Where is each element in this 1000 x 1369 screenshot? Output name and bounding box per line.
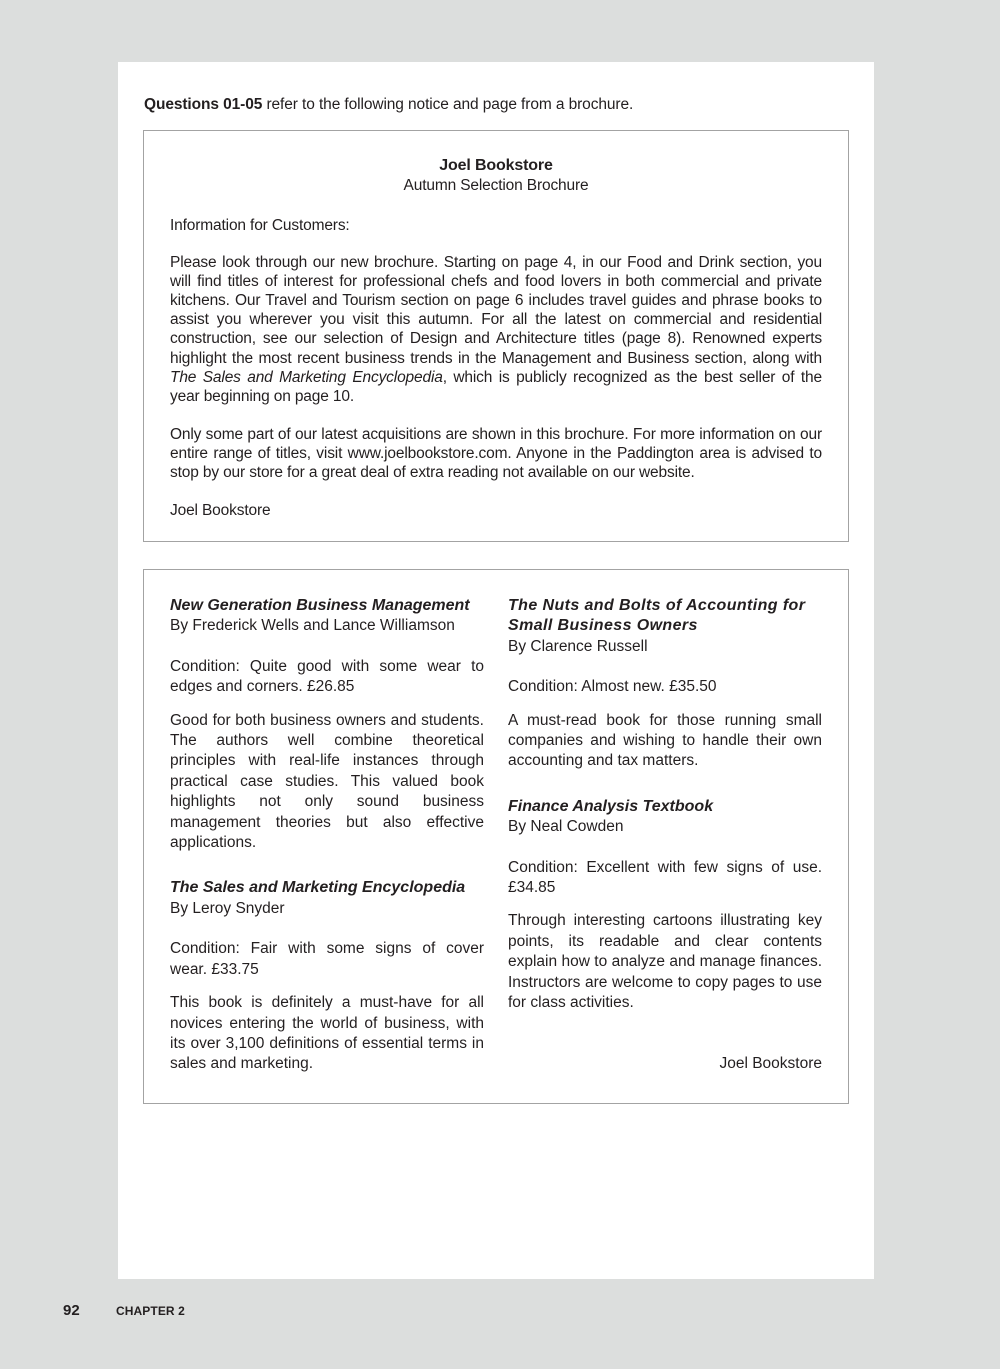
page-number: 92 bbox=[63, 1302, 116, 1319]
book-entry: New Generation Business Management By Fr… bbox=[170, 596, 484, 853]
question-instruction: refer to the following notice and page f… bbox=[262, 96, 633, 113]
notice-paragraph-2: Only some part of our latest acquisition… bbox=[170, 425, 822, 482]
book-entry: The Nuts and Bolts of Accounting for Sma… bbox=[508, 596, 822, 772]
book-description: A must-read book for those running small… bbox=[508, 711, 822, 772]
page-footer: 92 CHAPTER 2 bbox=[63, 1302, 185, 1319]
brochure-column-left: New Generation Business Management By Fr… bbox=[170, 596, 484, 1103]
book-condition: Condition: Excellent with few signs of u… bbox=[508, 858, 822, 899]
book-condition: Condition: Almost new. £35.50 bbox=[508, 677, 822, 697]
brochure-signature: Joel Bookstore bbox=[508, 1054, 822, 1074]
book-author: By Leroy Snyder bbox=[170, 899, 484, 919]
book-title: New Generation Business Management bbox=[170, 596, 484, 616]
question-intro: Questions 01-05 refer to the following n… bbox=[144, 95, 633, 115]
book-entry: The Sales and Marketing Encyclopedia By … bbox=[170, 878, 484, 1074]
book-author: By Neal Cowden bbox=[508, 817, 822, 837]
brochure-column-right: The Nuts and Bolts of Accounting for Sma… bbox=[508, 596, 822, 1103]
notice-title: Joel Bookstore bbox=[170, 156, 822, 176]
book-description: Good for both business owners and studen… bbox=[170, 711, 484, 854]
notice-label: Information for Customers: bbox=[170, 216, 822, 235]
notice-paragraph-1: Please look through our new brochure. St… bbox=[170, 253, 822, 406]
book-description: This book is definitely a must-have for … bbox=[170, 993, 484, 1075]
book-condition: Condition: Fair with some signs of cover… bbox=[170, 939, 484, 980]
chapter-label: CHAPTER 2 bbox=[116, 1304, 185, 1318]
book-title: The Sales and Marketing Encyclopedia bbox=[170, 878, 484, 898]
question-range: Questions 01-05 bbox=[144, 96, 262, 113]
book-description: Through interesting cartoons illustratin… bbox=[508, 911, 822, 1013]
notice-book-title: The Sales and Marketing Encyclopedia bbox=[170, 369, 443, 386]
notice-box: Joel Bookstore Autumn Selection Brochure… bbox=[143, 130, 849, 542]
book-author: By Clarence Russell bbox=[508, 637, 822, 657]
book-title: The Nuts and Bolts of Accounting for Sma… bbox=[508, 596, 822, 637]
book-author: By Frederick Wells and Lance Williamson bbox=[170, 616, 484, 636]
book-entry: Finance Analysis Textbook By Neal Cowden… bbox=[508, 797, 822, 1014]
brochure-box: New Generation Business Management By Fr… bbox=[143, 569, 849, 1104]
book-title: Finance Analysis Textbook bbox=[508, 797, 822, 817]
book-condition: Condition: Quite good with some wear to … bbox=[170, 657, 484, 698]
page: Questions 01-05 refer to the following n… bbox=[118, 62, 874, 1279]
notice-paragraph-1-text: Please look through our new brochure. St… bbox=[170, 254, 822, 366]
notice-signature: Joel Bookstore bbox=[170, 501, 822, 520]
notice-subtitle: Autumn Selection Brochure bbox=[170, 176, 822, 196]
